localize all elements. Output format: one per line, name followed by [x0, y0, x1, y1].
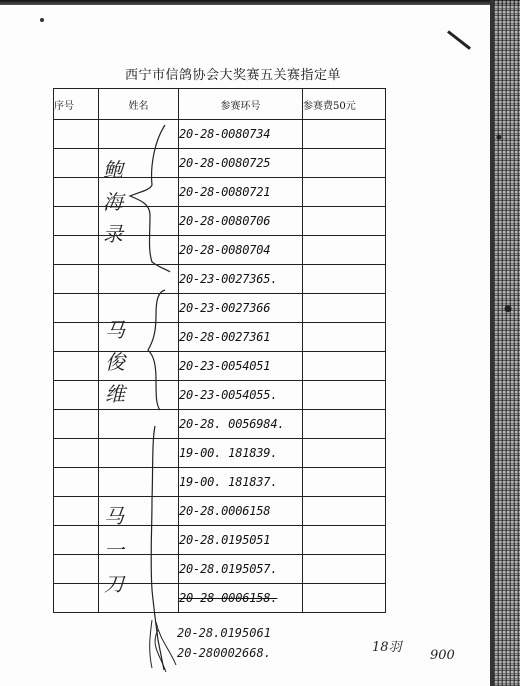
- fee-cell: [303, 294, 386, 323]
- seq-cell: [54, 555, 99, 584]
- header-ring: 参赛环号: [179, 89, 303, 120]
- ring-cell: 20-28.0006158: [179, 497, 303, 526]
- name-glyph: 刀: [104, 574, 124, 594]
- ring-cell: 20-23-0054051: [179, 352, 303, 381]
- seq-cell: [54, 439, 99, 468]
- fee-cell: [303, 323, 386, 352]
- header-fee: 参赛费50元: [303, 89, 386, 120]
- name-cell: [99, 468, 179, 497]
- seq-cell: [54, 381, 99, 410]
- handwritten-name-2: 马俊维: [105, 320, 125, 416]
- fee-cell: [303, 352, 386, 381]
- ring-cell: 20-23-0027365.: [179, 265, 303, 294]
- document-title: 西宁市信鸽协会大奖赛五关赛指定单: [125, 64, 341, 83]
- handwritten-name-3: 马一刀: [104, 506, 124, 608]
- handwritten-name-1: 鲍海录: [103, 160, 123, 256]
- bird-count-note: 18羽: [372, 636, 402, 655]
- table-row: 20-23-0054051: [54, 352, 386, 381]
- fee-cell: [303, 497, 386, 526]
- ring-cell: 20-23-0027366: [179, 294, 303, 323]
- name-glyph: 海: [103, 192, 123, 212]
- name-cell: [99, 439, 179, 468]
- fee-cell: [303, 555, 386, 584]
- name-char: 鲍海录: [103, 160, 123, 244]
- header-seq: 序号: [54, 89, 99, 120]
- seq-cell: [54, 526, 99, 555]
- table-row: 20-23-0027365.: [54, 265, 386, 294]
- ring-cell: 20-28-0027361: [179, 323, 303, 352]
- fee-cell: [303, 410, 386, 439]
- ring-cell: 19-00. 181839.: [179, 439, 303, 468]
- table-header-row: 序号 姓名 参赛环号 参赛费50元: [54, 89, 386, 120]
- name-glyph: 一: [104, 540, 124, 560]
- fee-cell: [303, 439, 386, 468]
- fee-cell: [303, 207, 386, 236]
- name-glyph: 马: [104, 506, 124, 526]
- ring-cell: 20-28-0080704: [179, 236, 303, 265]
- fee-cell: [303, 265, 386, 294]
- fee-cell: [303, 149, 386, 178]
- ring-cell: 20-23-0054055.: [179, 381, 303, 410]
- scan-noise-edge: [490, 0, 520, 686]
- ring-cell: 20-28-0080721: [179, 178, 303, 207]
- fee-cell: [303, 381, 386, 410]
- scan-top-edge: [0, 0, 520, 5]
- table-row: 20-23-0054055.: [54, 381, 386, 410]
- fee-cell: [303, 468, 386, 497]
- fee-cell: [303, 236, 386, 265]
- seq-cell: [54, 584, 99, 613]
- name-glyph: 维: [105, 384, 125, 404]
- ring-cell: 20-28-0080706: [179, 207, 303, 236]
- fee-total-note: 900: [430, 648, 455, 663]
- ring-cell: 20-28. 0056984.: [179, 410, 303, 439]
- fee-cell: [303, 120, 386, 149]
- seq-cell: [54, 497, 99, 526]
- scan-edge-line: [490, 0, 494, 686]
- extra-ring-2: 20-280002668.: [177, 646, 271, 660]
- table-row: 20-23-0027366: [54, 294, 386, 323]
- name-glyph: 马: [105, 320, 125, 340]
- ring-cell: 20-28-0080734: [179, 120, 303, 149]
- fee-cell: [303, 584, 386, 613]
- seq-cell: [54, 468, 99, 497]
- ring-cell: 19-00. 181837.: [179, 468, 303, 497]
- name-cell: [99, 120, 179, 149]
- seq-cell: [54, 265, 99, 294]
- ring-cell: 20-28.0195057.: [179, 555, 303, 584]
- seq-cell: [54, 120, 99, 149]
- ring-cell: 20-28.0195051: [179, 526, 303, 555]
- header-name: 姓名: [99, 89, 179, 120]
- name-glyph: 俊: [105, 352, 125, 372]
- table-row: 20-28-0080734: [54, 120, 386, 149]
- seq-cell: [54, 149, 99, 178]
- fee-cell: [303, 178, 386, 207]
- table-row: 19-00. 181839.: [54, 439, 386, 468]
- seq-cell: [54, 178, 99, 207]
- table-row: 20-28-0027361: [54, 323, 386, 352]
- stray-dot: [40, 18, 44, 22]
- scanned-page: 西宁市信鸽协会大奖赛五关赛指定单 序号 姓名 参赛环号 参赛费50元 20-28…: [0, 0, 520, 686]
- ring-cell: 20-28 0006158.: [179, 584, 303, 613]
- extra-ring-1: 20-28.0195061: [177, 626, 271, 640]
- name-char: 马一刀: [104, 506, 124, 594]
- fee-cell: [303, 526, 386, 555]
- table-row: 19-00. 181837.: [54, 468, 386, 497]
- seq-cell: [54, 236, 99, 265]
- ring-cell: 20-28-0080725: [179, 149, 303, 178]
- table-row: 20-28. 0056984.: [54, 410, 386, 439]
- seq-cell: [54, 294, 99, 323]
- seq-cell: [54, 207, 99, 236]
- name-glyph: 鲍: [103, 160, 123, 180]
- name-char: 马俊维: [105, 320, 125, 404]
- name-cell: [99, 265, 179, 294]
- pen-slash-mark: [447, 30, 471, 50]
- seq-cell: [54, 323, 99, 352]
- seq-cell: [54, 410, 99, 439]
- name-glyph: 录: [103, 224, 123, 244]
- seq-cell: [54, 352, 99, 381]
